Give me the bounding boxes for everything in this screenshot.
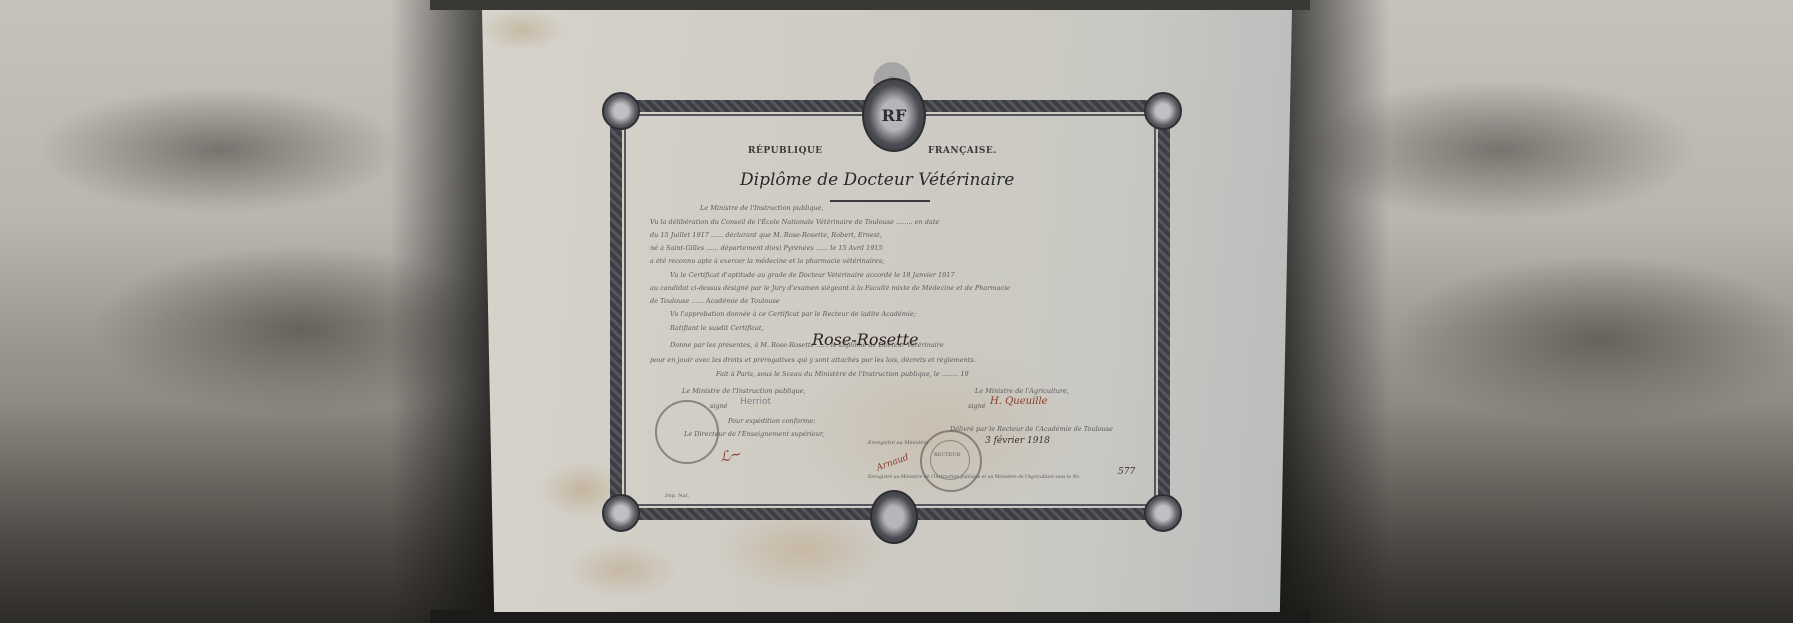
top-edge (430, 0, 1310, 10)
rf-emblem-icon: RF (862, 78, 926, 152)
left-signatory-title: Le Ministre de l'Instruction publique, (682, 387, 806, 395)
ministry-seal-stamp (920, 430, 982, 492)
delivered-by-line: Délivré par le Recteur de l'Académie de … (950, 425, 1113, 433)
left-signed-name: Herriot (740, 397, 771, 407)
right-signed-name: H. Queuille (990, 396, 1048, 407)
body-line-12: Fait à Paris, sous le Sceau du Ministère… (716, 370, 969, 378)
registry-line: Enregistré au Ministère de l'Instruction… (868, 475, 1079, 480)
holder-name-handwritten: Rose-Rosette (812, 330, 918, 349)
left-circular-stamp (655, 400, 719, 464)
body-line-2: du 15 Juillet 1917 ...... déclarant que … (650, 231, 882, 239)
corner-rosette-icon (602, 494, 640, 532)
body-line-4: a été reconnu apte à exercer la médecine… (650, 257, 884, 265)
right-signed-prefix: signé (968, 402, 986, 410)
body-line-7: de Toulouse ...... Académie de Toulouse (650, 297, 780, 305)
delivered-date: 3 février 1918 (985, 436, 1050, 446)
body-line-8: Vu l'approbation donnée à ce Certificat … (670, 310, 916, 318)
header-left: RÉPUBLIQUE (748, 146, 823, 156)
body-line-3: né à Saint-Gilles ...... département d(e… (650, 244, 883, 252)
registry-number: 577 (1118, 467, 1135, 477)
stamp-center-text: RECTEUR (934, 452, 960, 458)
seal-inner-ring (930, 440, 970, 480)
left-signed-prefix: signé (710, 402, 728, 410)
header-right: FRANÇAISE. (928, 146, 997, 156)
body-line-2-text: du 15 Juillet 1917 ...... déclarant que … (650, 231, 882, 239)
corner-rosette-icon (602, 92, 640, 130)
bottom-emblem-icon (870, 490, 918, 544)
corner-rosette-icon (1144, 494, 1182, 532)
corner-rosette-icon (1144, 92, 1182, 130)
body-line-6: au candidat ci-dessus désigné par le Jur… (650, 284, 1010, 292)
printer-note: Imp. Nat. (665, 493, 689, 499)
left-by-order: Pour expédition conforme: (728, 417, 815, 425)
emblem-monogram: RF (882, 106, 907, 125)
title-divider (830, 200, 930, 202)
body-line-11: pour en jouir avec les droits et préroga… (650, 356, 976, 364)
left-shadow (390, 0, 500, 623)
intro-line: Le Ministre de l'Instruction publique, (700, 204, 824, 212)
registration-label: Enregistré au Ministère (868, 440, 929, 446)
body-line-1: Vu la délibération du Conseil de l'École… (650, 218, 939, 226)
diploma-title: Diplôme de Docteur Vétérinaire (740, 170, 1014, 190)
body-line-5: Vu le Certificat d'aptitude au grade de … (670, 271, 955, 279)
body-line-9: Ratifiant le susdit Certificat, (670, 324, 764, 332)
right-signatory-title: Le Ministre de l'Agriculture, (975, 387, 1069, 395)
